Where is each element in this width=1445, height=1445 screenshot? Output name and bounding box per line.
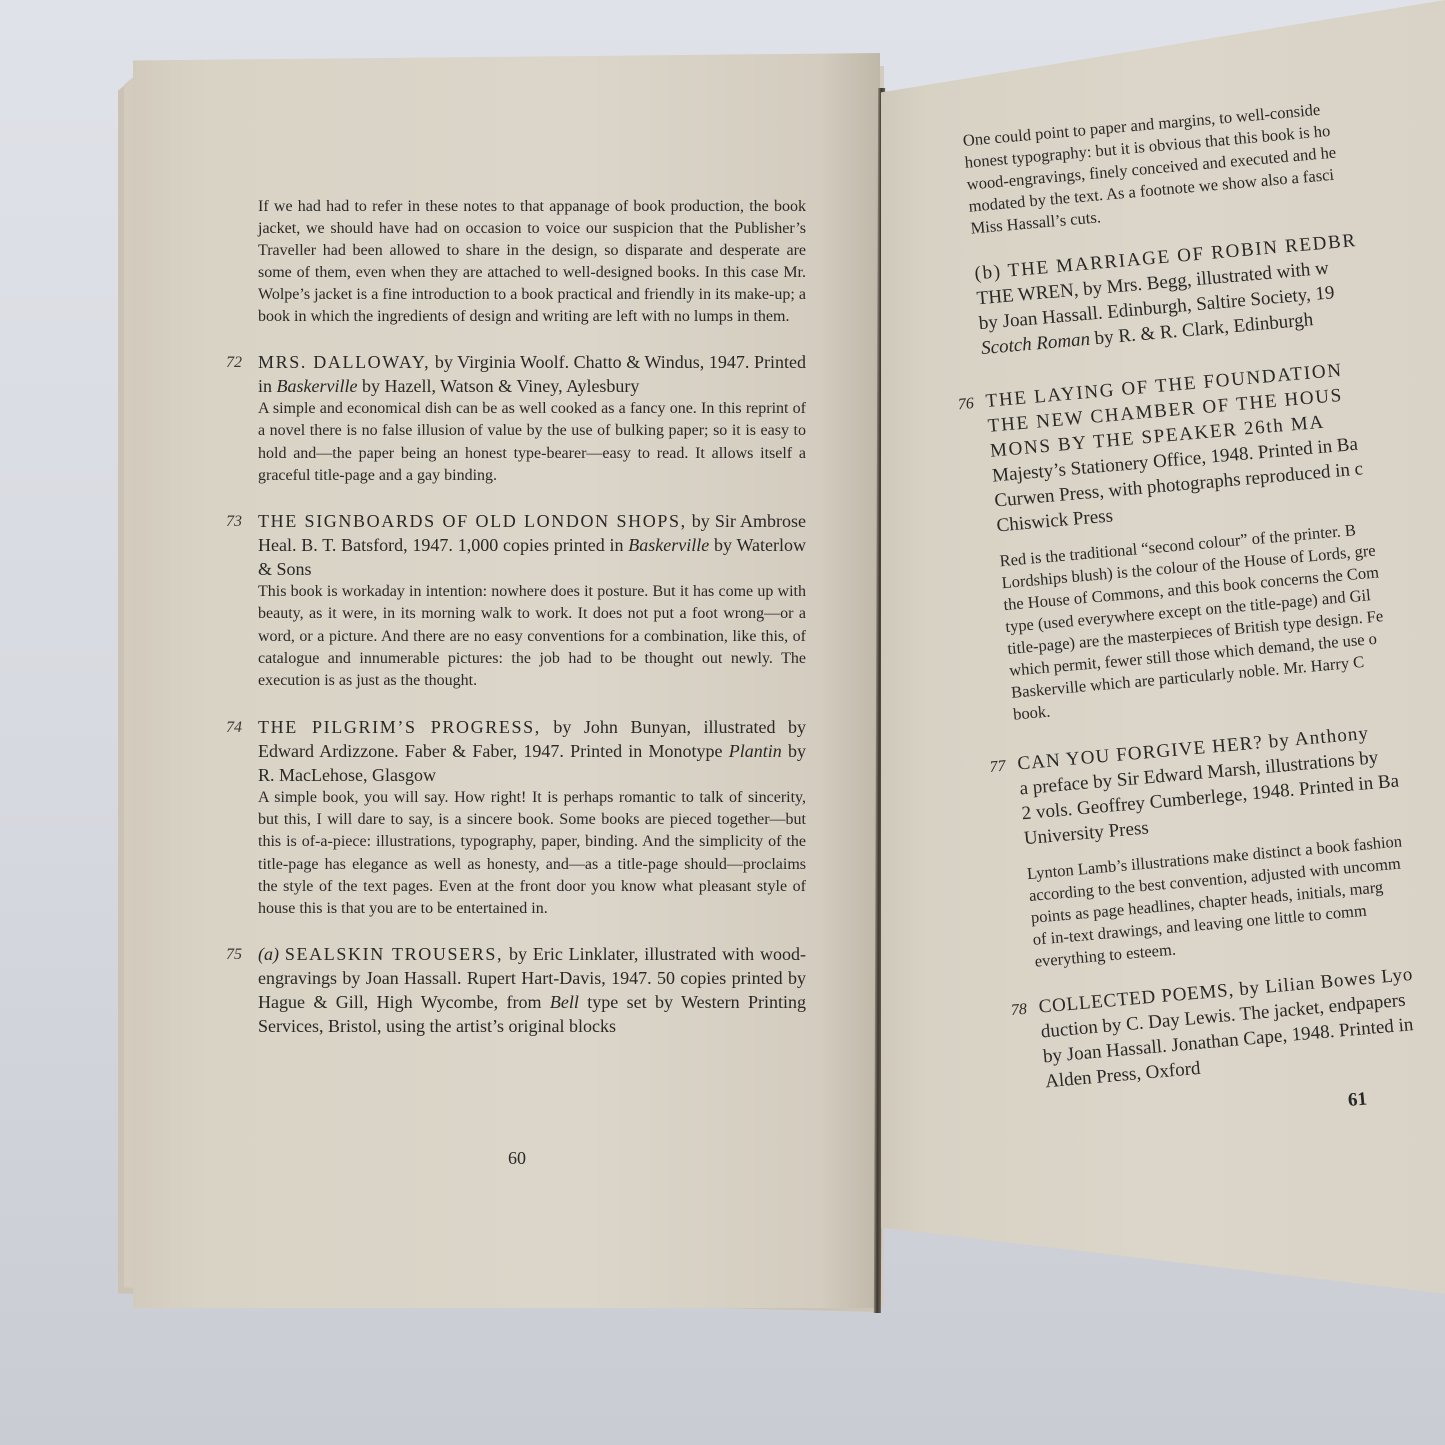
page-number-left: 60 [508, 1148, 526, 1169]
entry-description: A simple book, you will say. How right! … [258, 787, 806, 921]
catalogue-entry-76: 76 THE LAYING OF THE FOUNDATION THE NEW … [985, 340, 1445, 726]
entry-heading: THE SIGNBOARDS OF OLD LONDON SHOPS, by S… [258, 509, 806, 581]
entry-number: 74 [226, 717, 242, 739]
entry-heading: THE PILGRIM’S PROGRESS, by John Bunyan, … [258, 715, 806, 787]
intro-paragraph: If we had had to refer in these notes to… [258, 196, 806, 328]
entry-number: 72 [226, 352, 242, 374]
entry-number: 76 [957, 393, 975, 416]
catalogue-entry-78: 78 COLLECTED POEMS, by Lilian Bowes Lyo … [1038, 946, 1445, 1094]
page-number-right: 61 [1347, 1088, 1368, 1111]
catalogue-entry-75a: 75 (a) SEALSKIN TROUSERS, by Eric Linkla… [258, 942, 806, 1038]
entry-title: THE SIGNBOARDS OF OLD LONDON SHOPS, [258, 511, 687, 531]
catalogue-entry-77: 77 CAN YOU FORGIVE HER? by Anthony a pre… [1016, 703, 1445, 973]
entry-number: 75 [226, 944, 242, 966]
entry-title: SEALSKIN TROUSERS, [285, 944, 503, 964]
entry-description: A simple and economical dish can be as w… [258, 398, 806, 487]
entry-description: This book is workaday in intention: nowh… [258, 581, 806, 692]
entry-number: 78 [1010, 999, 1028, 1022]
entry-description: Red is the traditional “second colour” o… [999, 502, 1445, 726]
catalogue-entry-75b: (b) THE MARRIAGE OF ROBIN REDBR THE WREN… [974, 213, 1445, 361]
open-book-scene: If we had had to refer in these notes to… [0, 0, 1445, 1445]
right-page-text: One could point to paper and margins, to… [962, 81, 1445, 1138]
entry-number: 77 [989, 756, 1007, 779]
entry-heading: (a) SEALSKIN TROUSERS, by Eric Linklater… [258, 942, 806, 1038]
catalogue-entry-74: 74 THE PILGRIM’S PROGRESS, by John Bunya… [258, 715, 806, 921]
catalogue-entry-72: 72 MRS. DALLOWAY, by Virginia Woolf. Cha… [258, 350, 806, 487]
catalogue-entry-73: 73 THE SIGNBOARDS OF OLD LONDON SHOPS, b… [258, 509, 806, 692]
left-page-text: If we had had to refer in these notes to… [258, 196, 806, 1038]
entry-title: MRS. DALLOWAY, [258, 352, 430, 372]
entry-number: 73 [226, 511, 242, 533]
entry-heading: MRS. DALLOWAY, by Virginia Woolf. Chatto… [258, 350, 806, 398]
entry-title: THE PILGRIM’S PROGRESS, [258, 717, 541, 737]
right-page-clip: One could point to paper and margins, to… [881, 0, 1445, 1320]
intro-continuation: One could point to paper and margins, to… [962, 81, 1445, 239]
